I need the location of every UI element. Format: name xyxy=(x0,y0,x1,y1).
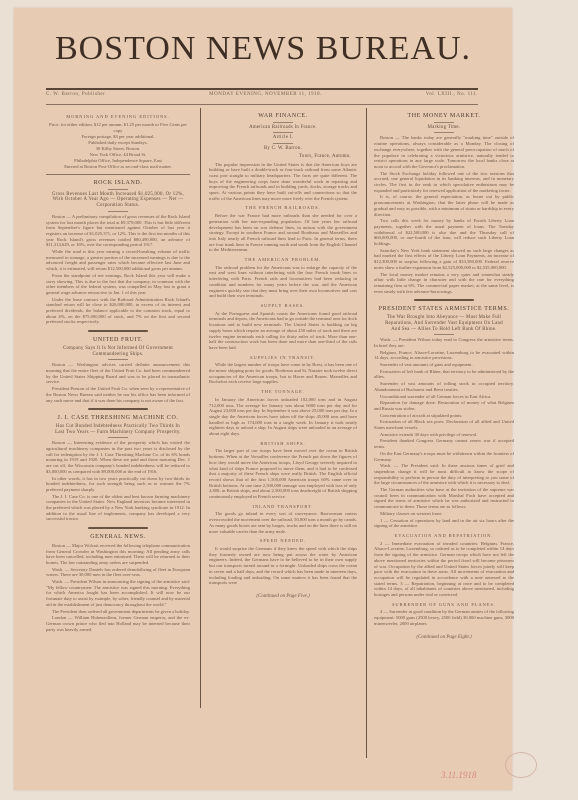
paragraph: In other words, it has in two years prac… xyxy=(46,476,190,493)
article-subhead: Has Cut Bonded Indebtedness Practically … xyxy=(52,424,184,435)
newspaper-page: BOSTON NEWS BUREAU. C. W. Barron, Publis… xyxy=(14,8,512,790)
paragraph: The President then ordered all governmen… xyxy=(46,609,190,615)
paragraph: At the Portuguese and Spanish coasts the… xyxy=(209,311,357,351)
article-subhead: Gross Revenues Last Month Increased $1,0… xyxy=(52,192,184,209)
masthead-title: BOSTON NEWS BUREAU. xyxy=(14,30,512,68)
article-title: GENERAL NEWS. xyxy=(46,535,190,541)
article-title: UNITED FRUIT. xyxy=(46,338,190,344)
paragraph: Wash. — Secretary Daniels has ordered de… xyxy=(46,567,190,578)
continued-note: (Continued on Page Five.) xyxy=(209,594,357,600)
section-heading: THE TONNAGE. xyxy=(209,389,357,395)
article-subhead: Marking Time. xyxy=(380,125,508,131)
article-title: ROCK ISLAND. xyxy=(46,181,190,187)
paragraph: Reparation for damage done. Restoration … xyxy=(374,400,514,411)
paragraph: President Preston of the United Fruit Co… xyxy=(46,386,190,403)
article-title: PRESIDENT STATES ARMISTICE TERMS. xyxy=(374,307,514,313)
paragraph: Unconditional surrender of all German fo… xyxy=(374,394,514,400)
volume-number: Vol. LXIII., No. 111. xyxy=(426,92,478,104)
dateline-rule xyxy=(46,104,478,105)
column-divider xyxy=(366,108,367,758)
article-number: Article I. xyxy=(215,135,351,141)
section-heading: THE AMERICAN PROBLEM. xyxy=(209,257,357,263)
paragraph: Two calls this week for money by banks o… xyxy=(374,218,514,247)
editions-heading: MORNING AND EVENING EDITIONS. xyxy=(46,114,190,120)
paragraph: Evacuation of all Black sea ports. Decla… xyxy=(374,419,514,430)
ornament-divider xyxy=(88,408,148,410)
byline: By C. W. Barron. xyxy=(215,146,351,152)
paragraph: Evacuation of left bank of Rhine, that t… xyxy=(374,369,514,380)
paragraph: Surrender of vast amounts of rolling sto… xyxy=(374,381,514,392)
paragraph: Before the war France had more railroads… xyxy=(209,213,357,253)
paragraph: It is, of course, the general expectatio… xyxy=(374,194,514,217)
archive-stamp: 3.11.1918 xyxy=(441,770,476,780)
dateline: C. W. Barron, Publisher MONDAY EVENING, … xyxy=(46,92,478,104)
paragraph: Saturday's New York bank statement showe… xyxy=(374,248,514,271)
article-subhead: American Railroads In France. xyxy=(215,125,351,131)
section-heading: SUPPLY BASES. xyxy=(209,303,357,309)
masthead-rule xyxy=(46,88,478,90)
paragraph: While the largest number of troops have … xyxy=(209,362,357,385)
paragraph: It would surprise the Germans if they kn… xyxy=(209,546,357,586)
column-1: MORNING AND EVENING EDITIONS. Price, for… xyxy=(46,108,190,708)
paragraph: From the standpoint of net earnings, Roc… xyxy=(46,273,190,296)
ornament-divider xyxy=(88,527,148,529)
paragraph: The local money market remains a very qu… xyxy=(374,272,514,295)
paragraph: 2 — Immediate evacuation of invaded coun… xyxy=(374,541,514,598)
column-divider xyxy=(200,108,201,708)
paragraph: The larger part of our troops have been … xyxy=(209,448,357,499)
paragraph: On the East Germany's troops must be wit… xyxy=(374,451,514,462)
section-heading: SURRENDER OF GUNS AND PLANES. xyxy=(374,602,514,608)
paragraph: Boston — Major Wolcott received the foll… xyxy=(46,543,190,566)
paragraph: Surrender of vast amounts of guns and eq… xyxy=(374,362,514,368)
paragraph: Boston — Interesting evidence of the pro… xyxy=(46,440,190,474)
paragraph: The Stock Exchange holiday followed one … xyxy=(374,171,514,194)
paragraph: London — William Hohenzollern, former Ge… xyxy=(46,615,190,632)
paragraph: Armistice extends 30 days with privilege… xyxy=(374,432,514,438)
continued-note: (Continued on Page Eight.) xyxy=(374,635,514,641)
paragraph: President thanked Congress Germany canno… xyxy=(374,438,514,449)
section-heading: INLAND TRANSPORT. xyxy=(209,504,357,510)
paragraph: In January the American forces unloaded … xyxy=(209,397,357,437)
article-body: The popular impression in the United Sta… xyxy=(209,162,357,586)
paragraph: 1 — Cessation of operations by land and … xyxy=(374,518,514,529)
paragraph: Belgium, France, Alsace-Lorraine, Luxemb… xyxy=(374,350,514,361)
paragraph: 4 — Surrender in good condition by the G… xyxy=(374,609,514,626)
ornament-divider xyxy=(88,330,148,332)
editions-line: Price, for either edition, $12 per annum… xyxy=(46,122,190,134)
paragraph: Boston — A preliminary compilation of gr… xyxy=(46,214,190,248)
editions-box: MORNING AND EVENING EDITIONS. Price, for… xyxy=(46,108,190,175)
section-heading: SPEED NEEDED. xyxy=(209,538,357,544)
paragraph: While the road is this year earning a re… xyxy=(46,249,190,272)
paragraph: Wash. — President Wilson in announcing t… xyxy=(46,579,190,608)
issue-date: MONDAY EVENING, NOVEMBER 11, 1918. xyxy=(209,92,322,104)
section-heading: SUPPLIES IN TRANSIT. xyxy=(209,355,357,361)
paragraph: The goods go inland in every sort of con… xyxy=(209,511,357,534)
column-2: WAR FINANCE. American Railroads In Franc… xyxy=(209,108,357,748)
library-seal-stamp xyxy=(505,752,537,778)
article-title: J. I. CASE THRESHING MACHINE CO. xyxy=(46,416,190,422)
article-body: EVACUATION AND REPATRIATION.2 — Immediat… xyxy=(374,533,514,627)
section-heading: EVACUATION AND REPATRIATION. xyxy=(374,533,514,539)
article-subhead: Company Says It Is Not Informed Of Gover… xyxy=(52,346,184,357)
paragraph: The popular impression in the United Sta… xyxy=(209,162,357,202)
editions-line: Entered at Boston Post-Office as second-… xyxy=(46,164,190,170)
paragraph: Concentration of aircraft at stipulated … xyxy=(374,413,514,419)
column-3: THE MONEY MARKET. Marking Time. Boston —… xyxy=(374,108,514,748)
paragraph: The railroad problem for the Americans w… xyxy=(209,265,357,299)
paragraph: Boston — Washington advices carried defi… xyxy=(46,362,190,385)
paragraph: Under the lease contract with the Railro… xyxy=(46,297,190,326)
paragraph: Wash. — President Wilson today read to C… xyxy=(374,337,514,348)
ornament-divider xyxy=(414,299,474,301)
paragraph: The German authorities who have at the i… xyxy=(374,487,514,510)
paragraph: The J. I. Case Co. is one of the oldest … xyxy=(46,494,190,523)
placeline: Tours, France, Autumn. xyxy=(215,154,351,160)
article-title: THE MONEY MARKET. xyxy=(374,114,514,120)
section-heading: BRITISH SHIPS. xyxy=(209,441,357,447)
article-subhead: The War Brought Into Abeyance — Must Mak… xyxy=(380,315,508,332)
article-body: Wash. — President Wilson today read to C… xyxy=(374,337,514,529)
paragraph: Military clauses on western front: xyxy=(374,511,514,517)
article-title: WAR FINANCE. xyxy=(209,114,357,120)
paragraph: Boston — The banks today are generally "… xyxy=(374,135,514,169)
paragraph: Wash. — The President said: In these anx… xyxy=(374,463,514,486)
publisher: C. W. Barron, Publisher xyxy=(46,92,105,104)
section-heading: THE FRENCH RAILROADS. xyxy=(209,205,357,211)
